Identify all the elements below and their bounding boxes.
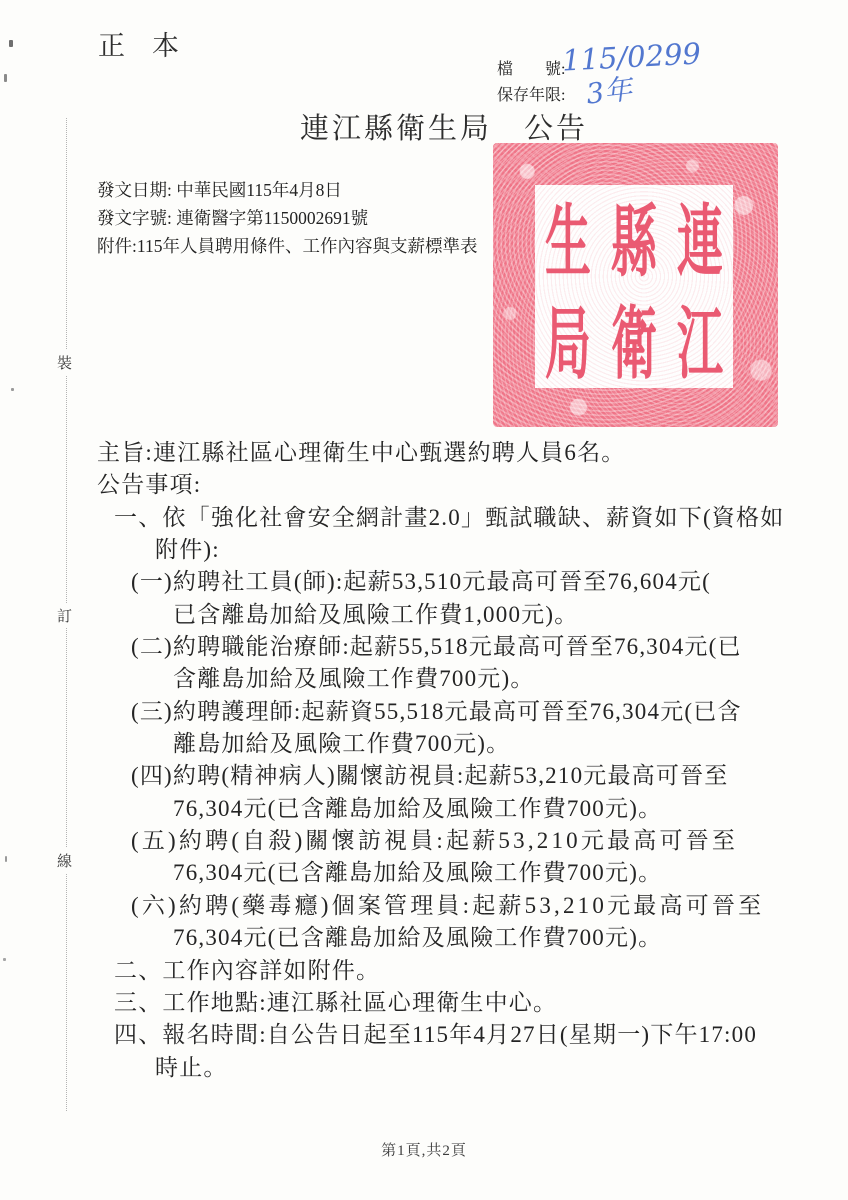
body-text-line: 附件): — [97, 534, 784, 566]
body-text-line: 三、工作地點:連江縣社區心理衛生中心。 — [97, 987, 784, 1019]
body-text-line: 離島加給及風險工作費700元)。 — [97, 728, 784, 760]
body-text-line: (二)約聘職能治療師:起薪55,518元最高可晉至76,304元(已 — [97, 631, 784, 663]
body-text-line: (三)約聘護理師:起薪資55,518元最高可晉至76,304元(已含 — [97, 696, 784, 728]
document-title: 連江縣衛生局 公告 — [300, 106, 588, 147]
retention-period-handwritten-value: 3年 — [584, 67, 634, 112]
document-meta: 發文日期: 中華民國115年4月8日 發文字號: 連衛醫字第1150002691… — [97, 176, 477, 260]
official-seal-text: 生縣連局衛江 — [535, 185, 733, 388]
file-number-label: 檔 號: — [497, 56, 565, 79]
doc-number-line: 發文字號: 連衛醫字第1150002691號 — [97, 204, 477, 232]
body-text-line: 公告事項: — [97, 469, 784, 501]
body-text-line: 主旨:連江縣社區心理衛生中心甄選約聘人員6名。 — [97, 437, 784, 469]
body-text-line: (五)約聘(自殺)關懷訪視員:起薪53,210元最高可晉至 — [97, 825, 784, 857]
binding-mark-ding: 訂 — [57, 603, 72, 628]
body-text-line: 四、報名時間:自公告日起至115年4月27日(星期一)下午17:00 — [97, 1019, 784, 1051]
scan-artifact — [11, 388, 14, 391]
body-text-line: (四)約聘(精神病人)關懷訪視員:起薪53,210元最高可晉至 — [97, 760, 784, 792]
scan-artifact — [4, 74, 7, 82]
body-text-line: 76,304元(已含離島加給及風險工作費700元)。 — [97, 857, 784, 889]
body-text-line: 76,304元(已含離島加給及風險工作費700元)。 — [97, 793, 784, 825]
body-text-line: 時止。 — [97, 1052, 784, 1084]
issue-date-line: 發文日期: 中華民國115年4月8日 — [97, 176, 477, 204]
page-number-footer: 第1頁,共2頁 — [0, 1139, 848, 1160]
retention-period-label: 保存年限: — [497, 82, 565, 105]
official-seal-stamp: 生縣連局衛江 — [493, 143, 778, 427]
body-text-line: 一、依「強化社會安全網計畫2.0」甄試職缺、薪資如下(資格如 — [97, 502, 784, 534]
seal-character: 江 — [667, 250, 733, 425]
binding-mark-xian: 線 — [57, 848, 72, 873]
body-text-line: 二、工作內容詳如附件。 — [97, 955, 784, 987]
scan-artifact — [3, 958, 6, 961]
copy-type-label: 正 本 — [98, 24, 179, 63]
scan-artifact — [9, 40, 13, 47]
scan-artifact — [5, 856, 7, 862]
body-text-line: 76,304元(已含離島加給及風險工作費700元)。 — [97, 922, 784, 954]
binding-mark-zhuang: 裝 — [57, 350, 72, 375]
seal-character: 局 — [535, 250, 601, 425]
announcement-body: 主旨:連江縣社區心理衛生中心甄選約聘人員6名。公告事項:一、依「強化社會安全網計… — [97, 437, 784, 1084]
body-text-line: 已含離島加給及風險工作費1,000元)。 — [97, 599, 784, 631]
attachment-line: 附件:115年人員聘用條件、工作內容與支薪標準表 — [97, 232, 477, 260]
scanned-announcement-page: 正 本 檔 號: 115/0299 保存年限: 3年 連江縣衛生局 公告 發文日… — [0, 0, 848, 1200]
body-text-line: (六)約聘(藥毒癮)個案管理員:起薪53,210元最高可晉至 — [97, 890, 784, 922]
body-text-line: 含離島加給及風險工作費700元)。 — [97, 663, 784, 695]
seal-character: 衛 — [601, 250, 667, 425]
file-number-handwritten-value: 115/0299 — [561, 36, 702, 77]
body-text-line: (一)約聘社工員(師):起薪53,510元最高可晉至76,604元( — [97, 566, 784, 598]
